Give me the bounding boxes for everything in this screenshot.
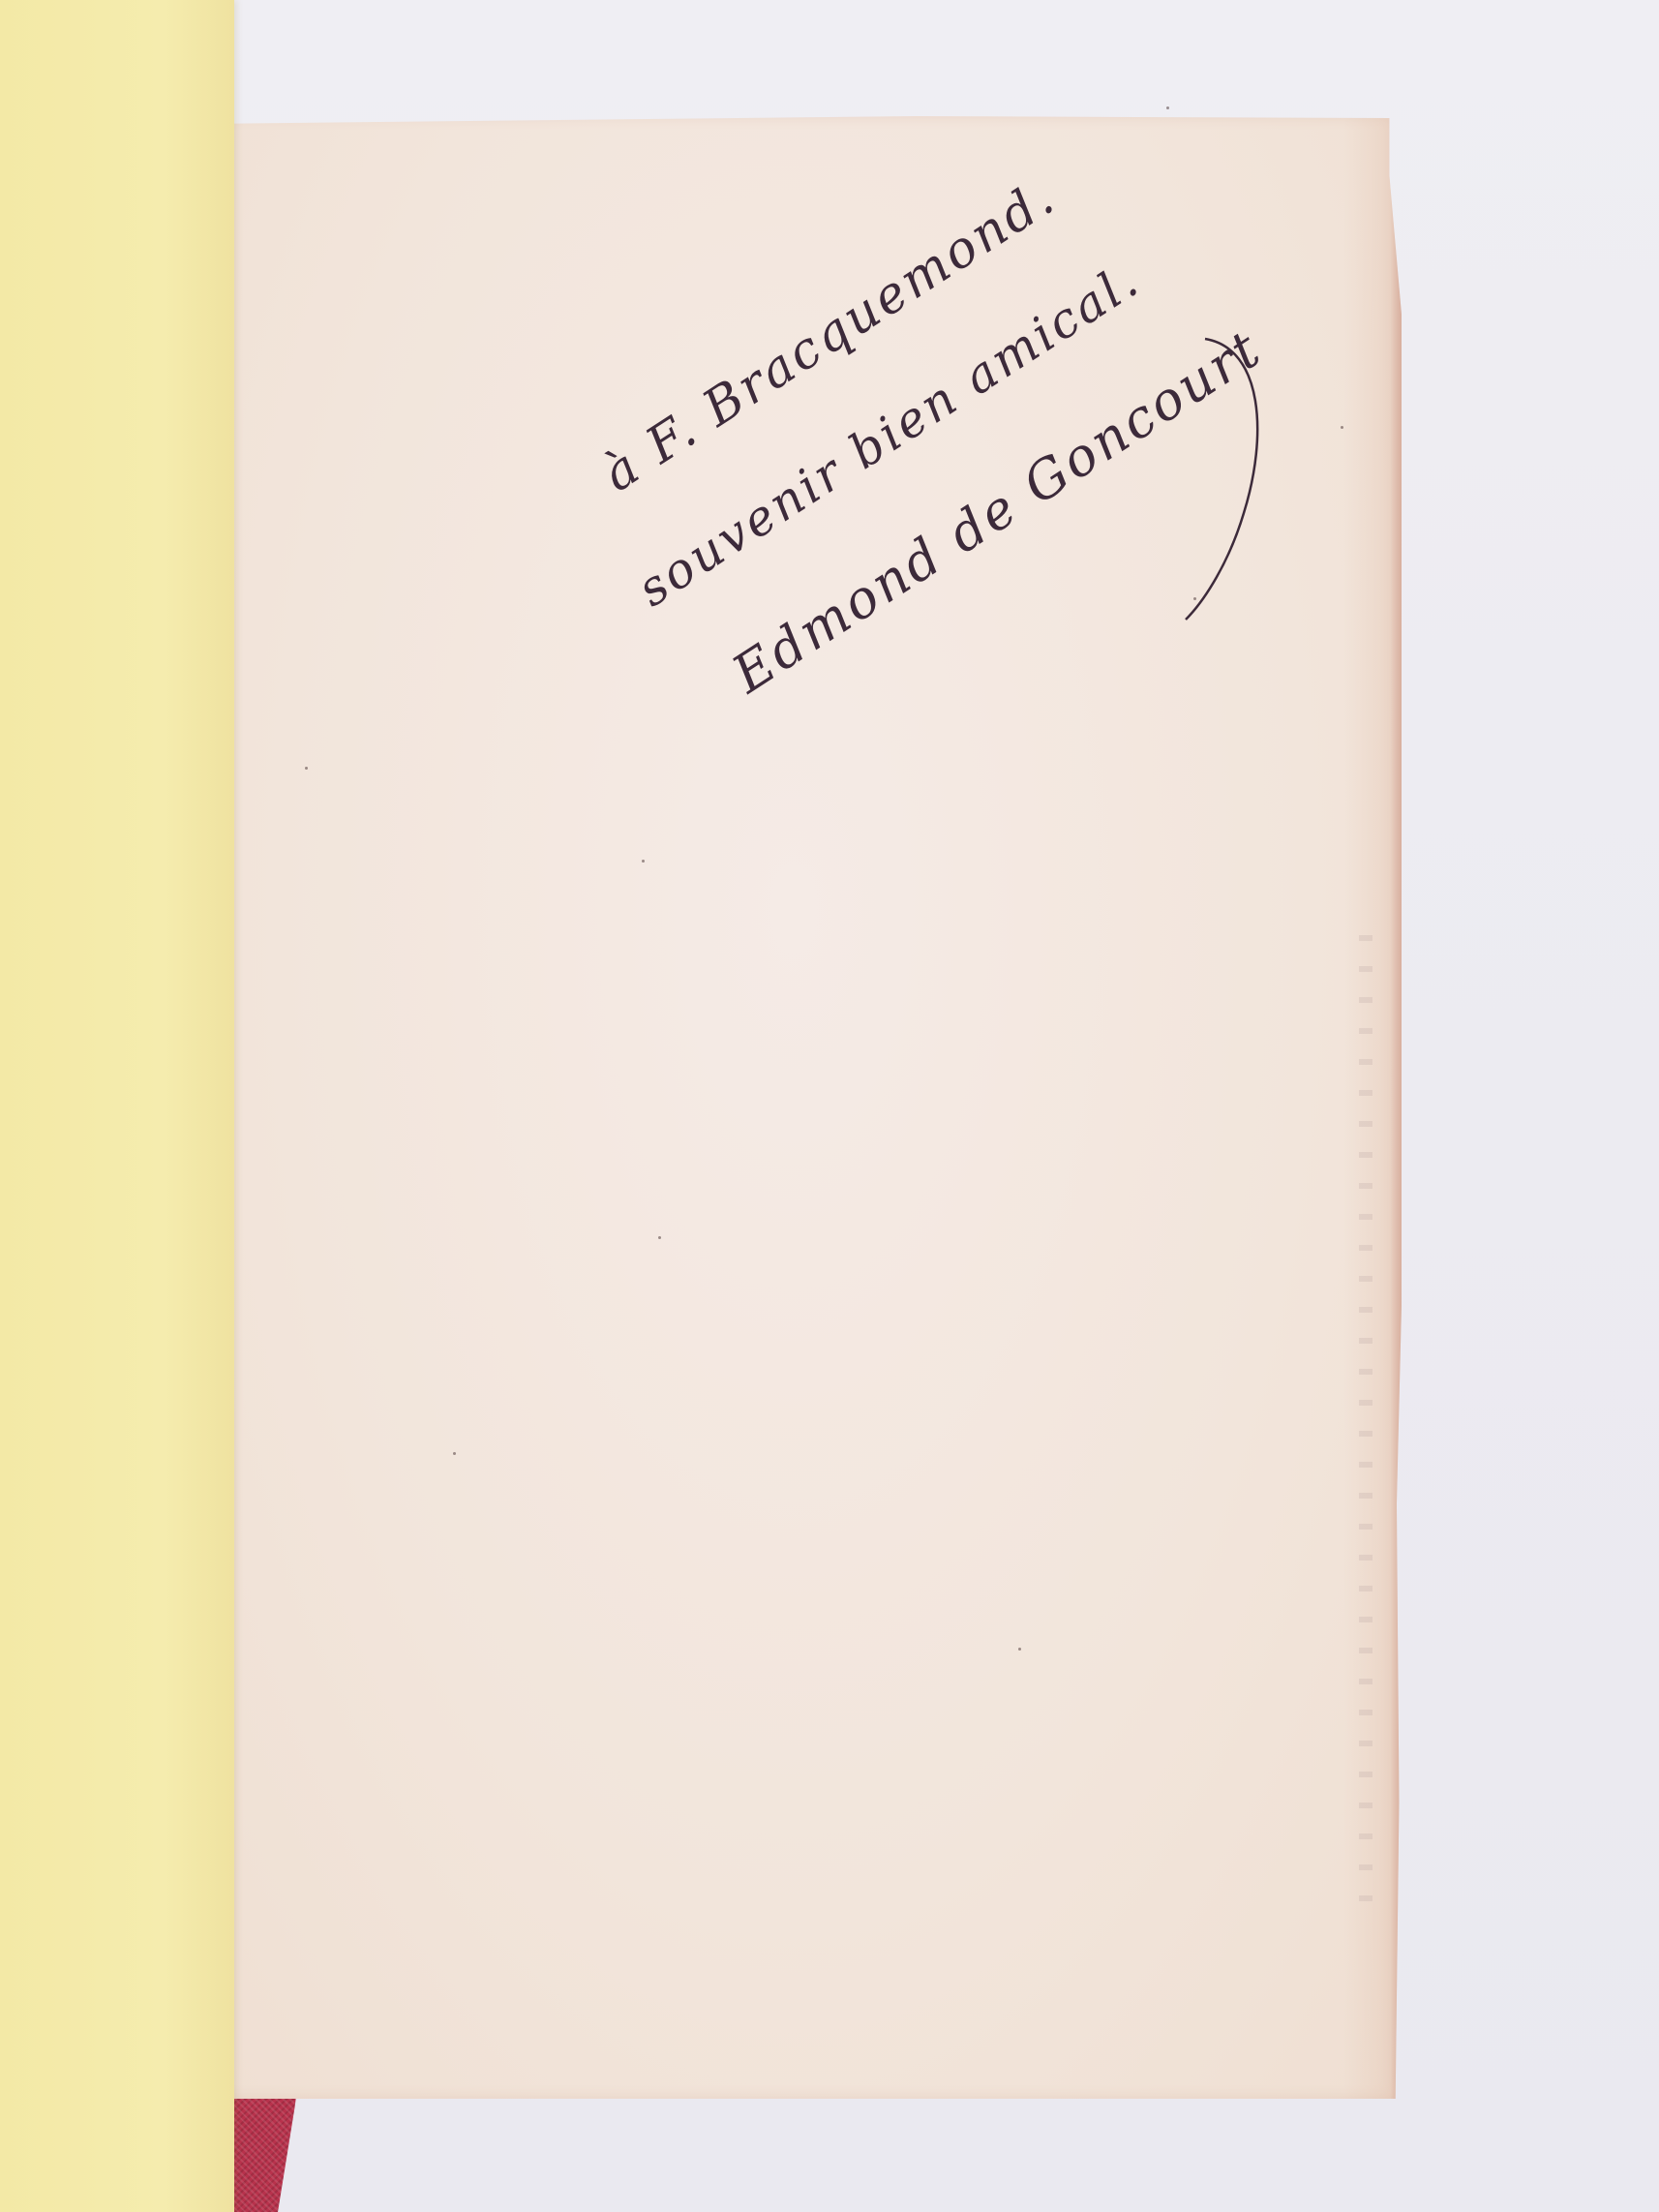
- handwritten-dedication: à F. Bracquemond. souvenir bien amical. …: [595, 213, 1292, 658]
- page-foxed-edge: [1343, 116, 1402, 2099]
- paper-speck: [1018, 1648, 1021, 1651]
- paper-speck: [1166, 106, 1169, 109]
- paper-speck: [305, 767, 308, 770]
- paper-speck: [453, 1452, 456, 1455]
- book-photograph: à F. Bracquemond. souvenir bien amical. …: [0, 0, 1659, 2212]
- paper-speck: [642, 860, 645, 863]
- signature-flourish-icon: [1176, 319, 1292, 629]
- yellow-flyleaf: [0, 0, 234, 2212]
- paper-speck: [1341, 426, 1343, 429]
- paper-speck: [658, 1236, 661, 1239]
- page-deckle-marks: [1359, 910, 1372, 1917]
- paper-speck: [1193, 597, 1196, 600]
